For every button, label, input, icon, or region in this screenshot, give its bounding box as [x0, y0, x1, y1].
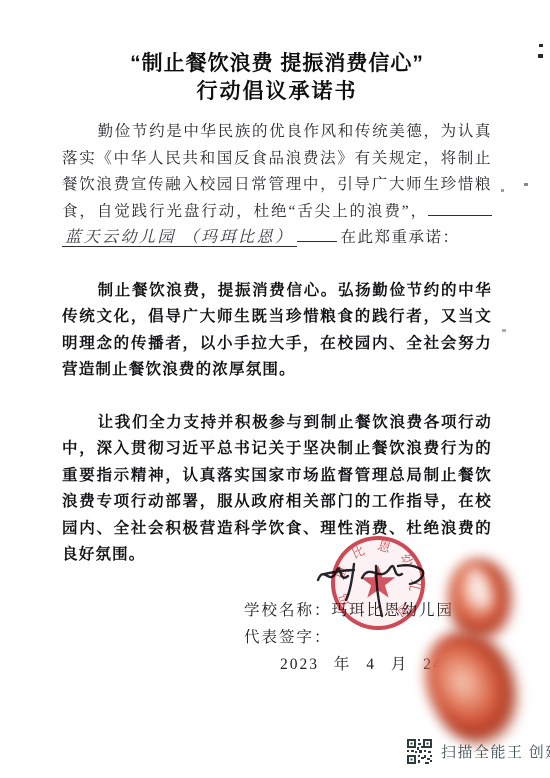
- fill-in-blank-line: [428, 200, 492, 216]
- scan-noise-speck: [538, 54, 543, 58]
- scan-noise-speck: [502, 329, 506, 332]
- representative-signature: [310, 554, 455, 634]
- scan-noise-speck: [539, 44, 543, 47]
- document-title: “制止餐饮浪费 提振消费信心”: [62, 50, 492, 77]
- intro-text-after: 在此郑重承诺：: [341, 229, 460, 246]
- paragraph-pledge-1: 制止餐饮浪费，提振消费信心。弘扬勤俭节约的中华传统文化，倡导广大师生既当珍惜粮食…: [62, 278, 492, 384]
- scan-noise-speck: [524, 183, 528, 186]
- scanner-watermark: 扫描全能王 创建: [406, 738, 550, 765]
- document-subtitle: 行动倡议承诺书: [62, 79, 492, 104]
- scan-noise-speck: [501, 189, 504, 192]
- scanned-document-page: “制止餐饮浪费 提振消费信心” 行动倡议承诺书 勤俭节约是中华民族的优良作风和传…: [0, 0, 550, 778]
- watermark-label: 扫描全能王 创建: [441, 741, 550, 762]
- qr-code-icon: [406, 738, 433, 765]
- fill-in-blank-line: [297, 226, 337, 242]
- paragraph-intro: 勤俭节约是中华民族的优良作风和传统美德，为认真落实《中华人民共和国反食品浪费法》…: [62, 119, 492, 252]
- handwritten-school-name: 蓝天云幼儿园 （玛珥比恩）: [62, 229, 297, 247]
